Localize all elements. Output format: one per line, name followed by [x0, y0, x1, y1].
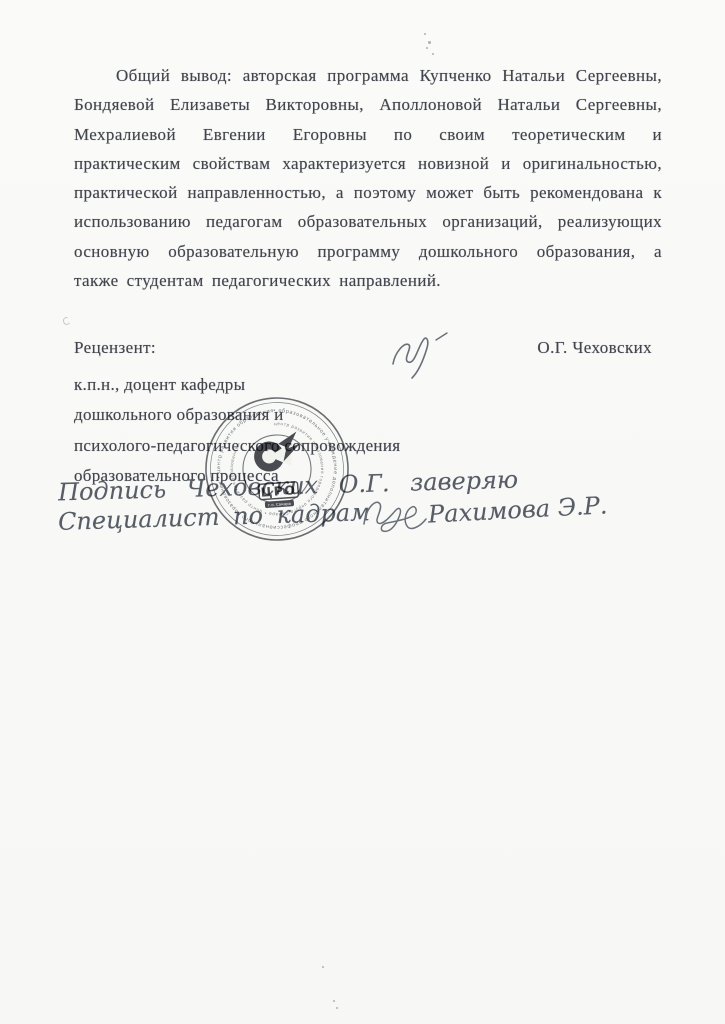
- reviewer-signature: [383, 324, 461, 386]
- hr-signature: [356, 490, 442, 538]
- stamp-logo-icon: [253, 431, 303, 472]
- organization-stamp: • образовательное учреждение дополнитель…: [197, 389, 357, 549]
- reviewer-row: Рецензент: О.Г. Чеховских: [74, 338, 662, 358]
- reviewer-label: Рецензент:: [74, 338, 156, 358]
- scan-speck: [333, 1000, 335, 1002]
- scan-speck: [428, 41, 431, 44]
- scan-speck: [336, 1007, 338, 1009]
- scan-smudge: [62, 316, 71, 326]
- certification-signer-name: Рахимова Э.Р.: [427, 491, 608, 528]
- conclusion-paragraph: Общий вывод: авторская программа Купченк…: [74, 61, 662, 295]
- scan-speck: [432, 53, 434, 55]
- stamp-acronym: ЦРО: [260, 482, 297, 499]
- scan-speck: [426, 47, 428, 49]
- reviewer-name: О.Г. Чеховских: [537, 338, 662, 358]
- document-page: Общий вывод: авторская программа Купченк…: [0, 0, 725, 1024]
- scan-speck: [424, 33, 426, 35]
- scan-speck: [322, 966, 324, 968]
